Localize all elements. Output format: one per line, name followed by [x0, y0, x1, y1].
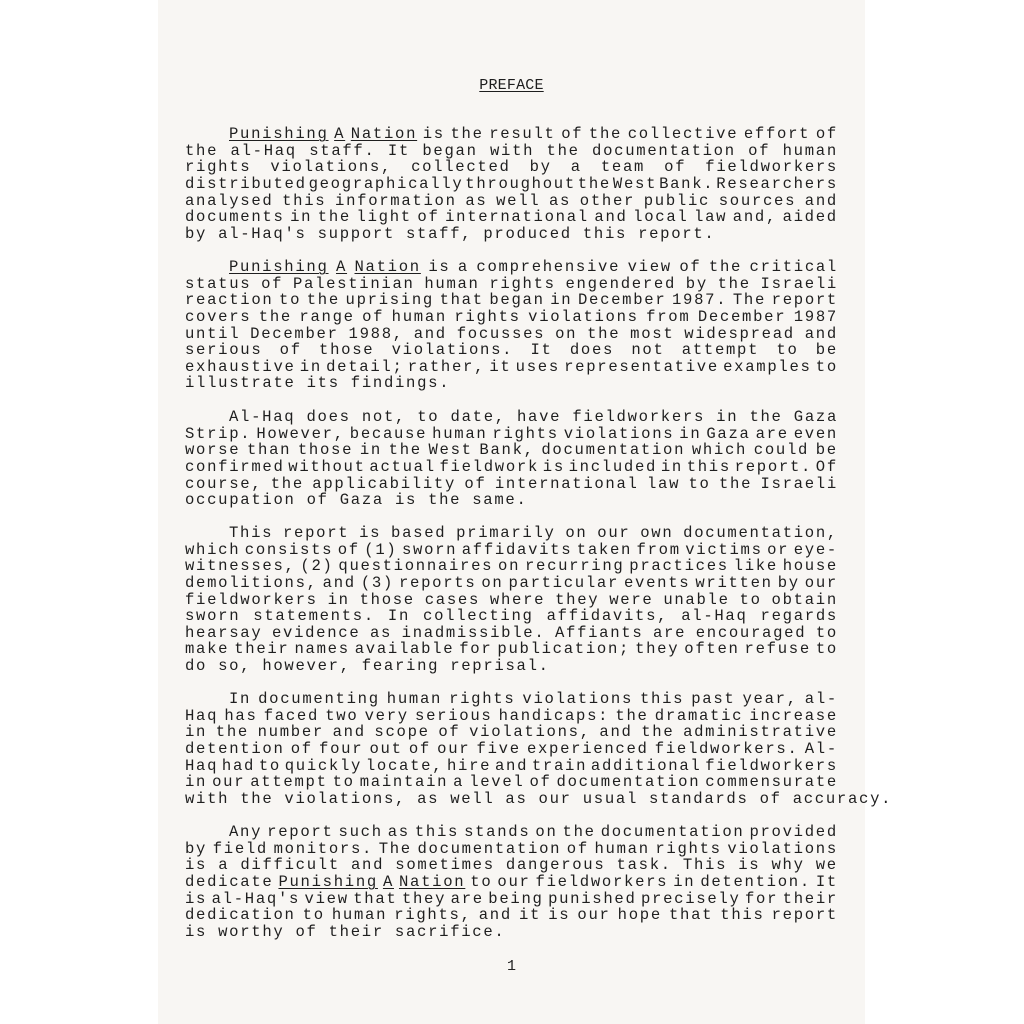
paragraph-1: PunishingANationistheresultofthecollecti… — [185, 126, 838, 242]
text-line: inourattempttomaintainalevelofdocumentat… — [185, 774, 838, 791]
text-line: whichconsistsof(1)swornaffidavitstakenfr… — [185, 542, 838, 559]
text-line: byal-Haq'ssupportstaff,producedthisrepor… — [185, 226, 838, 243]
text-line: analysedthisinformationaswellasotherpubl… — [185, 193, 838, 210]
text-line: byfieldmonitors.Thedocumentationofhumanr… — [185, 841, 838, 858]
text-line: confirmedwithoutactualfieldworkisinclude… — [185, 459, 838, 476]
document-page: PREFACE PunishingANationistheresultofthe… — [158, 0, 865, 1024]
text-line: fieldworkersinthosecaseswheretheywereuna… — [185, 592, 838, 609]
text-line: maketheirnamesavailableforpublication;th… — [185, 641, 838, 658]
page-number: 1 — [158, 958, 865, 975]
text-line: course,theapplicabilityofinternationalla… — [185, 476, 838, 493]
text-line: isal-Haq'sviewthattheyarebeingpunishedpr… — [185, 891, 838, 908]
text-line: withtheviolations,aswellasourusualstanda… — [185, 791, 838, 808]
text-line: illustrateitsfindings. — [185, 375, 838, 392]
text-line: Thisreportisbasedprimarilyonourowndocume… — [185, 525, 838, 542]
text-line: worsethanthoseintheWestBank,documentatio… — [185, 442, 838, 459]
paragraph-6: Anyreportsuchasthisstandsonthedocumentat… — [185, 824, 838, 940]
text-line: exhaustiveindetail;rather,itusesrepresen… — [185, 359, 838, 376]
page-title: PREFACE — [158, 77, 865, 94]
text-line: Strip.However,becausehumanrightsviolatio… — [185, 426, 838, 443]
text-line: swornstatements.Incollectingaffidavits,a… — [185, 608, 838, 625]
text-line: seriousofthoseviolations.Itdoesnotattemp… — [185, 342, 838, 359]
text-line: dedicatePunishingANationtoourfieldworker… — [185, 874, 838, 891]
paragraph-5: Indocumentinghumanrightsviolationsthispa… — [185, 691, 838, 807]
text-line: Haqhadtoquicklylocate,hireandtrainadditi… — [185, 758, 838, 775]
text-line: PunishingANationistheresultofthecollecti… — [185, 126, 838, 143]
text-line: doso,however,fearingreprisal. — [185, 658, 838, 675]
text-line: rightsviolations,collectedbyateamoffield… — [185, 159, 838, 176]
paragraph-2: PunishingANationisacomprehensiveviewofth… — [185, 259, 838, 392]
text-line: witnesses,(2)questionnairesonrecurringpr… — [185, 558, 838, 575]
text-line: isworthyoftheirsacrifice. — [185, 924, 838, 941]
text-line: theal-Haqstaff.Itbeganwiththedocumentati… — [185, 143, 838, 160]
text-line: Indocumentinghumanrightsviolationsthispa… — [185, 691, 838, 708]
text-line: detentionoffouroutofourfiveexperiencedfi… — [185, 741, 838, 758]
text-line: statusofPalestinianhumanrightsengendered… — [185, 276, 838, 293]
text-line: Anyreportsuchasthisstandsonthedocumentat… — [185, 824, 838, 841]
text-line: dedicationtohumanrights,anditisourhopeth… — [185, 907, 838, 924]
paragraph-4: Thisreportisbasedprimarilyonourowndocume… — [185, 525, 838, 675]
text-line: isadifficultandsometimesdangeroustask.Th… — [185, 857, 838, 874]
preface-heading: PREFACE — [479, 77, 543, 94]
text-line: demolitions,and(3)reportsonparticulareve… — [185, 575, 838, 592]
text-line: hearsayevidenceasinadmissible.Affiantsar… — [185, 625, 838, 642]
text-line: Al-Haqdoesnot,todate,havefieldworkersint… — [185, 409, 838, 426]
text-line: inthenumberandscopeofviolations,andthead… — [185, 724, 838, 741]
text-line: occupationofGazaisthesame. — [185, 492, 838, 509]
text-line: Haqhasfacedtwoveryserioushandicaps:thedr… — [185, 708, 838, 725]
paragraph-3: Al-Haqdoesnot,todate,havefieldworkersint… — [185, 409, 838, 509]
text-line: reactiontotheuprisingthatbeganinDecember… — [185, 292, 838, 309]
text-line: coverstherangeofhumanrightsviolationsfro… — [185, 309, 838, 326]
text-line: distributedgeographicallythroughouttheWe… — [185, 176, 838, 193]
text-line: untilDecember1988,andfocussesonthemostwi… — [185, 326, 838, 343]
text-line: PunishingANationisacomprehensiveviewofth… — [185, 259, 838, 276]
text-line: documentsinthelightofinternationalandloc… — [185, 209, 838, 226]
